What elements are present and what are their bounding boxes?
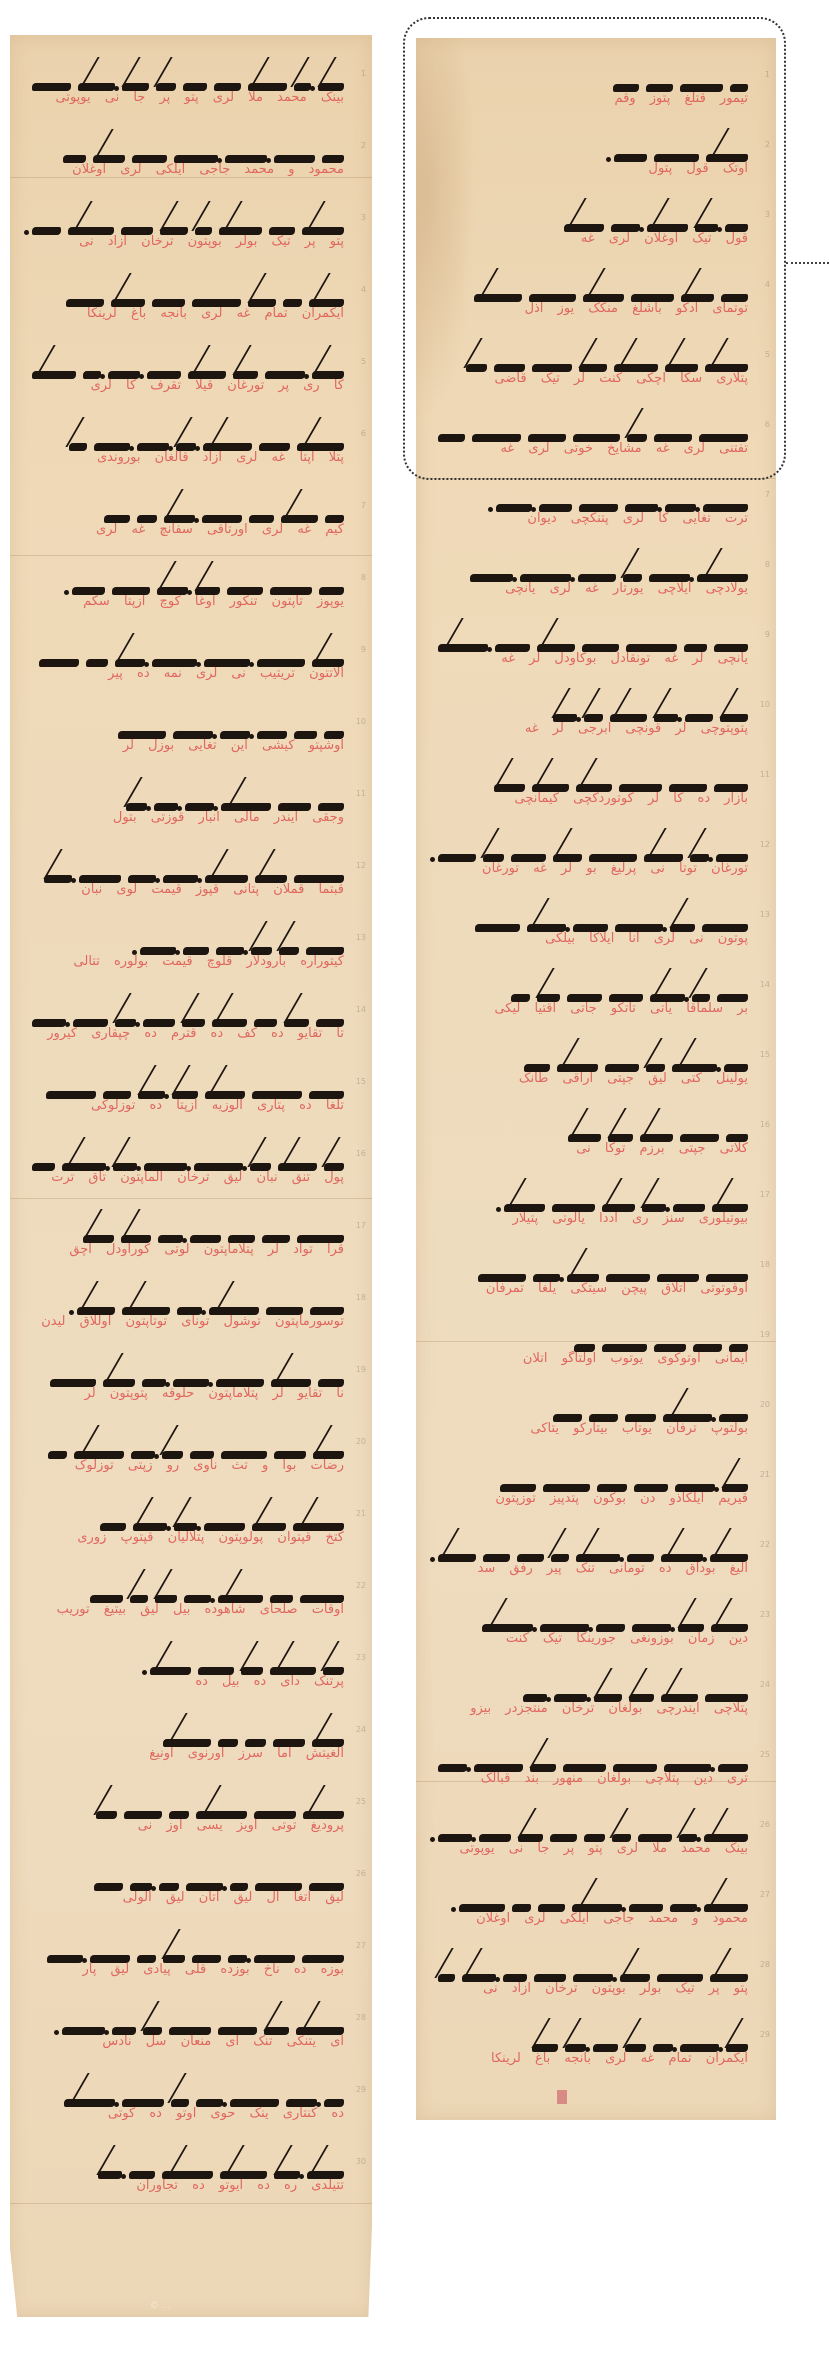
red-gloss-text: الغیتش اما سرز اورنوی اونیغ [32, 1746, 344, 1761]
uyghur-script-line [438, 1324, 748, 1352]
red-gloss-text: پتلاری سکا اچکی کنت لر تیک قاضی [438, 371, 748, 386]
manuscript-line: کتخ قپتوان پولوپتون پتلالیان قپتوپ زوری2… [10, 1503, 372, 1563]
margin-line-number: 13 [760, 910, 770, 919]
manuscript-line: قبتما قملان پتانی قپوز قیمت لوی نبان12 [10, 855, 372, 915]
margin-line-number: 12 [760, 840, 770, 849]
uyghur-script-line [438, 1604, 748, 1632]
red-gloss-text: ترت تغایی کا لری پتنکچی دیوان [438, 511, 748, 526]
red-gloss-text: پرودیغ توتی اویز یسی اوز نی [32, 1818, 344, 1833]
manuscript-line: اوقات صلحای شاهوده بیل لیق بیتیغ توریب22 [10, 1575, 372, 1635]
red-gloss-text: یولادچی ایلاچی یورتار غه لری یانچی [438, 581, 748, 596]
margin-line-number: 9 [765, 630, 770, 639]
red-gloss-text: الاتتون تریتیب نی لری نمه ده پیر [32, 666, 344, 681]
uyghur-script-line [32, 1935, 344, 1963]
uyghur-script-line [438, 974, 748, 1002]
red-gloss-text: ایکمران تمام غه لری بانجه باغ لرینکا [32, 306, 344, 321]
manuscript-line: یانچی لر غه تونقادل بوکاودل لر غه9 [416, 624, 776, 684]
red-gloss-text: پول تنق نبان لیق ترخان الماپتون تاق ترت [32, 1170, 344, 1185]
manuscript-line: یولادچی ایلاچی یورتار غه لری یانچی8 [416, 554, 776, 614]
red-gloss-text: کیتوراره بارودلار قلوچ قیمت بولوره تتالی [32, 954, 344, 969]
uyghur-script-line [32, 279, 344, 307]
margin-line-number: 1 [361, 69, 366, 78]
uyghur-script-line [32, 639, 344, 667]
margin-line-number: 5 [765, 350, 770, 359]
red-gloss-text: تا تقایو ده کف ده قترم ده چپقاری کیرور [32, 1026, 344, 1041]
red-gloss-text: پتوپتوچی لر قونچی ابرجی لر غه [438, 721, 748, 736]
uyghur-script-line [438, 344, 748, 372]
uyghur-script-line [32, 207, 344, 235]
manuscript-line: نا تقایو لر پتلاماپتون حلوقه پتوپتون لر1… [10, 1359, 372, 1419]
manuscript-line: دین زمان بوزونغی جورینکا تیک کنت23 [416, 1604, 776, 1664]
uyghur-script-line [438, 1954, 748, 1982]
margin-line-number: 22 [356, 1581, 366, 1590]
red-gloss-text: پوتون نی لری انا ایلاکا بیلکی [438, 931, 748, 946]
red-gloss-text: بیوتیلوری سنز ری اددا یالوتی پتیلار [438, 1211, 748, 1226]
uyghur-script-line [32, 2007, 344, 2035]
uyghur-script-line [438, 1674, 748, 1702]
uyghur-script-line [438, 1534, 748, 1562]
red-gloss-text: تفتنی لری غه مشایخ خوتی لری غه [438, 441, 748, 456]
manuscript-line: تلغا ده پتاری الوزیه ازپتا ده توزلوکی15 [10, 1071, 372, 1131]
margin-line-number: 27 [356, 1941, 366, 1950]
manuscript-line: بازار ده کا لر کوتوردکچی کیمانچی11 [416, 764, 776, 824]
manuscript-line: تری دین پتلاچی بولغان منهور بند قبالک25 [416, 1744, 776, 1804]
manuscript-line: تا تقایو ده کف ده قترم ده چپقاری کیرور14 [10, 999, 372, 1059]
manuscript-line: بولتوپ ترفان یوتاب بیتارکو یتاکی20 [416, 1394, 776, 1454]
margin-line-number: 24 [760, 1680, 770, 1689]
manuscript-line: تورغان توتا نی پرلیغ بو لر غه تورغان12 [416, 834, 776, 894]
manuscript-line: کلاتی جپتی برزم توکا نی16 [416, 1114, 776, 1174]
red-gloss-text: پتلا اپتا غه لری ازاد قالغان بوروندی [32, 450, 344, 465]
margin-line-number: 28 [760, 1960, 770, 1969]
red-gloss-text: تورغان توتا نی پرلیغ بو لر غه تورغان [438, 861, 748, 876]
uyghur-script-line [438, 204, 748, 232]
uyghur-script-line [32, 1215, 344, 1243]
manuscript-line: قول تیک اوغلان لری غه3 [416, 204, 776, 264]
margin-line-number: 7 [765, 490, 770, 499]
margin-line-number: 10 [760, 700, 770, 709]
red-gloss-text: کا ری پر تورغان قیلا تقرف کا لری [32, 378, 344, 393]
uyghur-script-line [32, 1143, 344, 1171]
uyghur-script-line [32, 495, 344, 523]
red-gloss-text: دین زمان بوزونغی جورینکا تیک کنت [438, 1631, 748, 1646]
margin-line-number: 11 [760, 770, 770, 779]
margin-line-number: 26 [356, 1869, 366, 1878]
uyghur-script-line [438, 904, 748, 932]
margin-line-number: 25 [760, 1750, 770, 1759]
uyghur-script-line [438, 624, 748, 652]
margin-line-number: 13 [356, 933, 366, 942]
uyghur-script-line [32, 855, 344, 883]
uyghur-script-line [32, 63, 344, 91]
manuscript-line: ایکمران تمام غه لری بانجه باغ لرینکا4 [10, 279, 372, 339]
watermark: © ... [150, 2301, 170, 2311]
red-gloss-text: محمود و محمد جاجی ایلکی لری اوغلان [438, 1911, 748, 1926]
manuscript-line: بینک محمد ملا لری پتو پر جا نی یوپوتی1 [10, 63, 372, 123]
margin-line-number: 3 [361, 213, 366, 222]
uyghur-script-line [438, 1744, 748, 1772]
uyghur-script-line [32, 927, 344, 955]
margin-line-number: 24 [356, 1725, 366, 1734]
margin-line-number: 8 [765, 560, 770, 569]
manuscript-line: پتوپتوچی لر قونچی ابرجی لر غه10 [416, 694, 776, 754]
manuscript-line: محمود و محمد جاجی ایلکی لری اوغلان2 [10, 135, 372, 195]
red-gloss-text: محمود و محمد جاجی ایلکی لری اوغلان [32, 162, 344, 177]
margin-line-number: 6 [765, 420, 770, 429]
margin-line-number: 12 [356, 861, 366, 870]
red-gloss-text: نا تقایو لر پتلاماپتون حلوقه پتوپتون لر [32, 1386, 344, 1401]
manuscript-line: یولینل کتی لیق جپتی اراقی طانک15 [416, 1044, 776, 1104]
red-gloss-text: لیق اتغا ال لیق اتان لیق الولی [32, 1890, 344, 1905]
manuscript-line: ای یتنکی تنک ای منعان سل نادس28 [10, 2007, 372, 2067]
red-gloss-text: تری دین پتلاچی بولغان منهور بند قبالک [438, 1771, 748, 1786]
margin-line-number: 18 [760, 1260, 770, 1269]
uyghur-script-line [32, 1359, 344, 1387]
red-gloss-text: پتو پر تیک بولر بوپتون ترخان ازاد نی [32, 234, 344, 249]
red-gloss-text: کلاتی جپتی برزم توکا نی [438, 1141, 748, 1156]
manuscript-line: اوتک قول پتول2 [416, 134, 776, 194]
manuscript-line: قیریم ایلکاذو دن بوکون پتدپیز توزپتون21 [416, 1464, 776, 1524]
uyghur-script-line [438, 834, 748, 862]
margin-line-number: 1 [765, 70, 770, 79]
uyghur-script-line [438, 1184, 748, 1212]
red-gloss-text: قول تیک اوغلان لری غه [438, 231, 748, 246]
margin-line-number: 4 [765, 280, 770, 289]
margin-line-number: 2 [765, 140, 770, 149]
manuscript-line: کا ری پر تورغان قیلا تقرف کا لری5 [10, 351, 372, 411]
red-gloss-text: یانچی لر غه تونقادل بوکاودل لر غه [438, 651, 748, 666]
red-gloss-text: اوقوتوتی اتلاق پیچن سیتکی یلغا تمرفان [438, 1281, 748, 1296]
uyghur-script-line [32, 423, 344, 451]
uyghur-script-line [32, 2079, 344, 2107]
red-gloss-text: بولتوپ ترفان یوتاب بیتارکو یتاکی [438, 1421, 748, 1436]
manuscript-line: یوپوز تاپتون تنکور اوغا کوچ ازپتا سکم8 [10, 567, 372, 627]
margin-line-number: 30 [356, 2157, 366, 2166]
uyghur-script-line [32, 1863, 344, 1891]
uyghur-script-line [32, 1791, 344, 1819]
manuscript-line: الغیتش اما سرز اورنوی اونیغ24 [10, 1719, 372, 1779]
manuscript-line: پول تنق نبان لیق ترخان الماپتون تاق ترت1… [10, 1143, 372, 1203]
uyghur-script-line [32, 783, 344, 811]
manuscript-line: محمود و محمد جاجی ایلکی لری اوغلان27 [416, 1884, 776, 1944]
margin-line-number: 19 [760, 1330, 770, 1339]
manuscript-line: الیغ بوداق ده تومانی تنک پیر رفق سد22 [416, 1534, 776, 1594]
callout-leader-line [786, 262, 829, 264]
uyghur-script-line [438, 554, 748, 582]
red-gloss-text: رضات بوا و تث ناوی رو زپتی توزلوک [32, 1458, 344, 1473]
red-gloss-text: بینک محمد ملا لری پتو پر جا نی یوپوتی [438, 1841, 748, 1856]
uyghur-script-line [438, 1394, 748, 1422]
uyghur-script-line [32, 351, 344, 379]
uyghur-script-line [438, 1254, 748, 1282]
margin-line-number: 11 [356, 789, 366, 798]
uyghur-script-line [32, 1719, 344, 1747]
manuscript-line: توتماى ادکو باشلغ منکک یوز اذل4 [416, 274, 776, 334]
red-gloss-text: وجقی ایندر مالی انبار قوزتی بتول [32, 810, 344, 825]
margin-line-number: 14 [356, 1005, 366, 1014]
margin-line-number: 27 [760, 1890, 770, 1899]
uyghur-script-line [438, 64, 748, 92]
manuscript-line: پرتنک دای ده بیل ده23 [10, 1647, 372, 1707]
margin-line-number: 29 [760, 2030, 770, 2039]
red-gloss-text: بازار ده کا لر کوتوردکچی کیمانچی [438, 791, 748, 806]
margin-line-number: 9 [361, 645, 366, 654]
margin-line-number: 16 [760, 1120, 770, 1129]
margin-line-number: 14 [760, 980, 770, 989]
uyghur-script-line [438, 1814, 748, 1842]
uyghur-script-line [438, 134, 748, 162]
manuscript-line: بینک محمد ملا لری پتو پر جا نی یوپوتی26 [416, 1814, 776, 1874]
margin-line-number: 8 [361, 573, 366, 582]
manuscript-line: تتیلدی ره ده ایوتو ده تجاوران30 [10, 2151, 372, 2211]
red-gloss-text: یوپوز تاپتون تنکور اوغا کوچ ازپتا سکم [32, 594, 344, 609]
uyghur-script-line [438, 2024, 748, 2052]
margin-line-number: 10 [356, 717, 366, 726]
uyghur-script-line [32, 567, 344, 595]
margin-line-number: 21 [760, 1470, 770, 1479]
fold-line [10, 555, 372, 556]
manuscript-line: پتو پر تیک بولر بوپتون ترخان ازاد نی3 [10, 207, 372, 267]
uyghur-script-line [438, 484, 748, 512]
margin-line-number: 3 [765, 210, 770, 219]
manuscript-line: توسورماپتون توشول توناى توتاپتون اوللاق … [10, 1287, 372, 1347]
margin-line-number: 7 [361, 501, 366, 510]
margin-line-number: 21 [356, 1509, 366, 1518]
red-gloss-text: کتخ قپتوان پولوپتون پتلالیان قپتوپ زوری [32, 1530, 344, 1545]
red-gloss-text: تتیلدی ره ده ایوتو ده تجاوران [32, 2178, 344, 2193]
margin-line-number: 15 [760, 1050, 770, 1059]
red-gloss-text: ایکمران تمام غه لری بانجه باغ لرینکا [438, 2051, 748, 2066]
margin-line-number: 5 [361, 357, 366, 366]
manuscript-line: بوزه ده ناخ بوزده قلی پیادی لیق پار27 [10, 1935, 372, 1995]
manuscript-line: کیم غه لری اورتاقی سفانچ غه لری7 [10, 495, 372, 555]
red-gloss-text: پتو پر تیک بولر بوپتون ترخان ازاد نی [438, 1981, 748, 1996]
manuscript-line: اوقوتوتی اتلاق پیچن سیتکی یلغا تمرفان18 [416, 1254, 776, 1314]
red-gloss-text: الیغ بوداق ده تومانی تنک پیر رفق سد [438, 1561, 748, 1576]
red-gloss-text: ای یتنکی تنک ای منعان سل نادس [32, 2034, 344, 2049]
red-gloss-text: پرتنک دای ده بیل ده [32, 1674, 344, 1689]
margin-line-number: 22 [760, 1540, 770, 1549]
red-gloss-text: بر سلماقا یاتی تاتکو جاتی اقتیا لیکی [438, 1001, 748, 1016]
red-gloss-text: تلغا ده پتاری الوزیه ازپتا ده توزلوکی [32, 1098, 344, 1113]
red-gloss-text: قیریم ایلکاذو دن بوکون پتدپیز توزپتون [438, 1491, 748, 1506]
uyghur-script-line [32, 999, 344, 1027]
uyghur-script-line [32, 1575, 344, 1603]
margin-line-number: 15 [356, 1077, 366, 1086]
manuscript-line: پتلا اپتا غه لری ازاد قالغان بوروندی6 [10, 423, 372, 483]
manuscript-line: لیق اتغا ال لیق اتان لیق الولی26 [10, 1863, 372, 1923]
uyghur-script-line [438, 694, 748, 722]
manuscript-line: کیتوراره بارودلار قلوچ قیمت بولوره تتالی… [10, 927, 372, 987]
manuscript-line: بیوتیلوری سنز ری اددا یالوتی پتیلار17 [416, 1184, 776, 1244]
manuscript-line: پتلاری سکا اچکی کنت لر تیک قاضی5 [416, 344, 776, 404]
manuscript-line: قرا تواد لر پتلاماپتون لوتی کوراودل اچق1… [10, 1215, 372, 1275]
manuscript-line: تیمور قتلغ پتوز وقم1 [416, 64, 776, 124]
manuscript-line: بر سلماقا یاتی تاتکو جاتی اقتیا لیکی14 [416, 974, 776, 1034]
margin-line-number: 29 [356, 2085, 366, 2094]
manuscript-line: وجقی ایندر مالی انبار قوزتی بتول11 [10, 783, 372, 843]
fold-line [416, 478, 776, 479]
manuscript-line: پوتون نی لری انا ایلاکا بیلکی13 [416, 904, 776, 964]
manuscript-line: پتلاچی ایندرچی بولغان ترخان منتجزدر بیزو… [416, 1674, 776, 1734]
red-gloss-text: اوشپتو کیشی این تغایی بوزل لر [32, 738, 344, 753]
margin-line-number: 26 [760, 1820, 770, 1829]
uyghur-script-line [438, 274, 748, 302]
uyghur-script-line [32, 1431, 344, 1459]
manuscript-line: ده کنتاری ینک حوی اوتو ده کوتی29 [10, 2079, 372, 2139]
red-gloss-text: بینک محمد ملا لری پتو پر جا نی یوپوتی [32, 90, 344, 105]
manuscript-line: تفتنی لری غه مشایخ خوتی لری غه6 [416, 414, 776, 474]
manuscript-line: پتو پر تیک بولر بوپتون ترخان ازاد نی28 [416, 1954, 776, 2014]
uyghur-script-line [32, 1647, 344, 1675]
uyghur-script-line [32, 1071, 344, 1099]
red-marker [557, 2090, 567, 2104]
red-gloss-text: ایمانی اوتوکوی یوتوب اولتاگو اتلان [438, 1351, 748, 1366]
red-gloss-text: پتلاچی ایندرچی بولغان ترخان منتجزدر بیزو [438, 1701, 748, 1716]
uyghur-script-line [438, 414, 748, 442]
uyghur-script-line [438, 1114, 748, 1142]
uyghur-script-line [438, 1464, 748, 1492]
margin-line-number: 19 [356, 1365, 366, 1374]
manuscript-line: اوشپتو کیشی این تغایی بوزل لر10 [10, 711, 372, 771]
uyghur-script-line [32, 711, 344, 739]
margin-line-number: 16 [356, 1149, 366, 1158]
margin-line-number: 28 [356, 2013, 366, 2022]
margin-line-number: 20 [356, 1437, 366, 1446]
red-gloss-text: اوقات صلحای شاهوده بیل لیق بیتیغ توریب [32, 1602, 344, 1617]
uyghur-script-line [438, 1044, 748, 1072]
red-gloss-text: کیم غه لری اورتاقی سفانچ غه لری [32, 522, 344, 537]
manuscript-line: ایکمران تمام غه لری بانجه باغ لرینکا29 [416, 2024, 776, 2084]
margin-line-number: 20 [760, 1400, 770, 1409]
manuscript-strip-right: تیمور قتلغ پتوز وقم1اوتک قول پتول2قول تی… [416, 38, 776, 2120]
uyghur-script-line [32, 1287, 344, 1315]
red-gloss-text: توسورماپتون توشول توناى توتاپتون اوللاق … [32, 1314, 344, 1329]
manuscript-strip-left: بینک محمد ملا لری پتو پر جا نی یوپوتی1مح… [10, 35, 372, 2317]
margin-line-number: 23 [760, 1610, 770, 1619]
red-gloss-text: ده کنتاری ینک حوی اوتو ده کوتی [32, 2106, 344, 2121]
margin-line-number: 18 [356, 1293, 366, 1302]
uyghur-script-line [32, 135, 344, 163]
manuscript-line: ترت تغایی کا لری پتنکچی دیوان7 [416, 484, 776, 544]
uyghur-script-line [32, 1503, 344, 1531]
red-gloss-text: قرا تواد لر پتلاماپتون لوتی کوراودل اچق [32, 1242, 344, 1257]
uyghur-script-line [32, 2151, 344, 2179]
red-gloss-text: بوزه ده ناخ بوزده قلی پیادی لیق پار [32, 1962, 344, 1977]
margin-line-number: 2 [361, 141, 366, 150]
margin-line-number: 6 [361, 429, 366, 438]
red-gloss-text: تیمور قتلغ پتوز وقم [438, 91, 748, 106]
margin-line-number: 4 [361, 285, 366, 294]
manuscript-line: پرودیغ توتی اویز یسی اوز نی25 [10, 1791, 372, 1851]
uyghur-script-line [438, 764, 748, 792]
manuscript-line: ایمانی اوتوکوی یوتوب اولتاگو اتلان19 [416, 1324, 776, 1384]
red-gloss-text: یولینل کتی لیق جپتی اراقی طانک [438, 1071, 748, 1086]
uyghur-script-line [438, 1884, 748, 1912]
manuscript-line: الاتتون تریتیب نی لری نمه ده پیر9 [10, 639, 372, 699]
margin-line-number: 23 [356, 1653, 366, 1662]
margin-line-number: 17 [356, 1221, 366, 1230]
margin-line-number: 25 [356, 1797, 366, 1806]
manuscript-line: رضات بوا و تث ناوی رو زپتی توزلوک20 [10, 1431, 372, 1491]
red-gloss-text: توتماى ادکو باشلغ منکک یوز اذل [438, 301, 748, 316]
red-gloss-text: اوتک قول پتول [438, 161, 748, 176]
margin-line-number: 17 [760, 1190, 770, 1199]
red-gloss-text: قبتما قملان پتانی قپوز قیمت لوی نبان [32, 882, 344, 897]
